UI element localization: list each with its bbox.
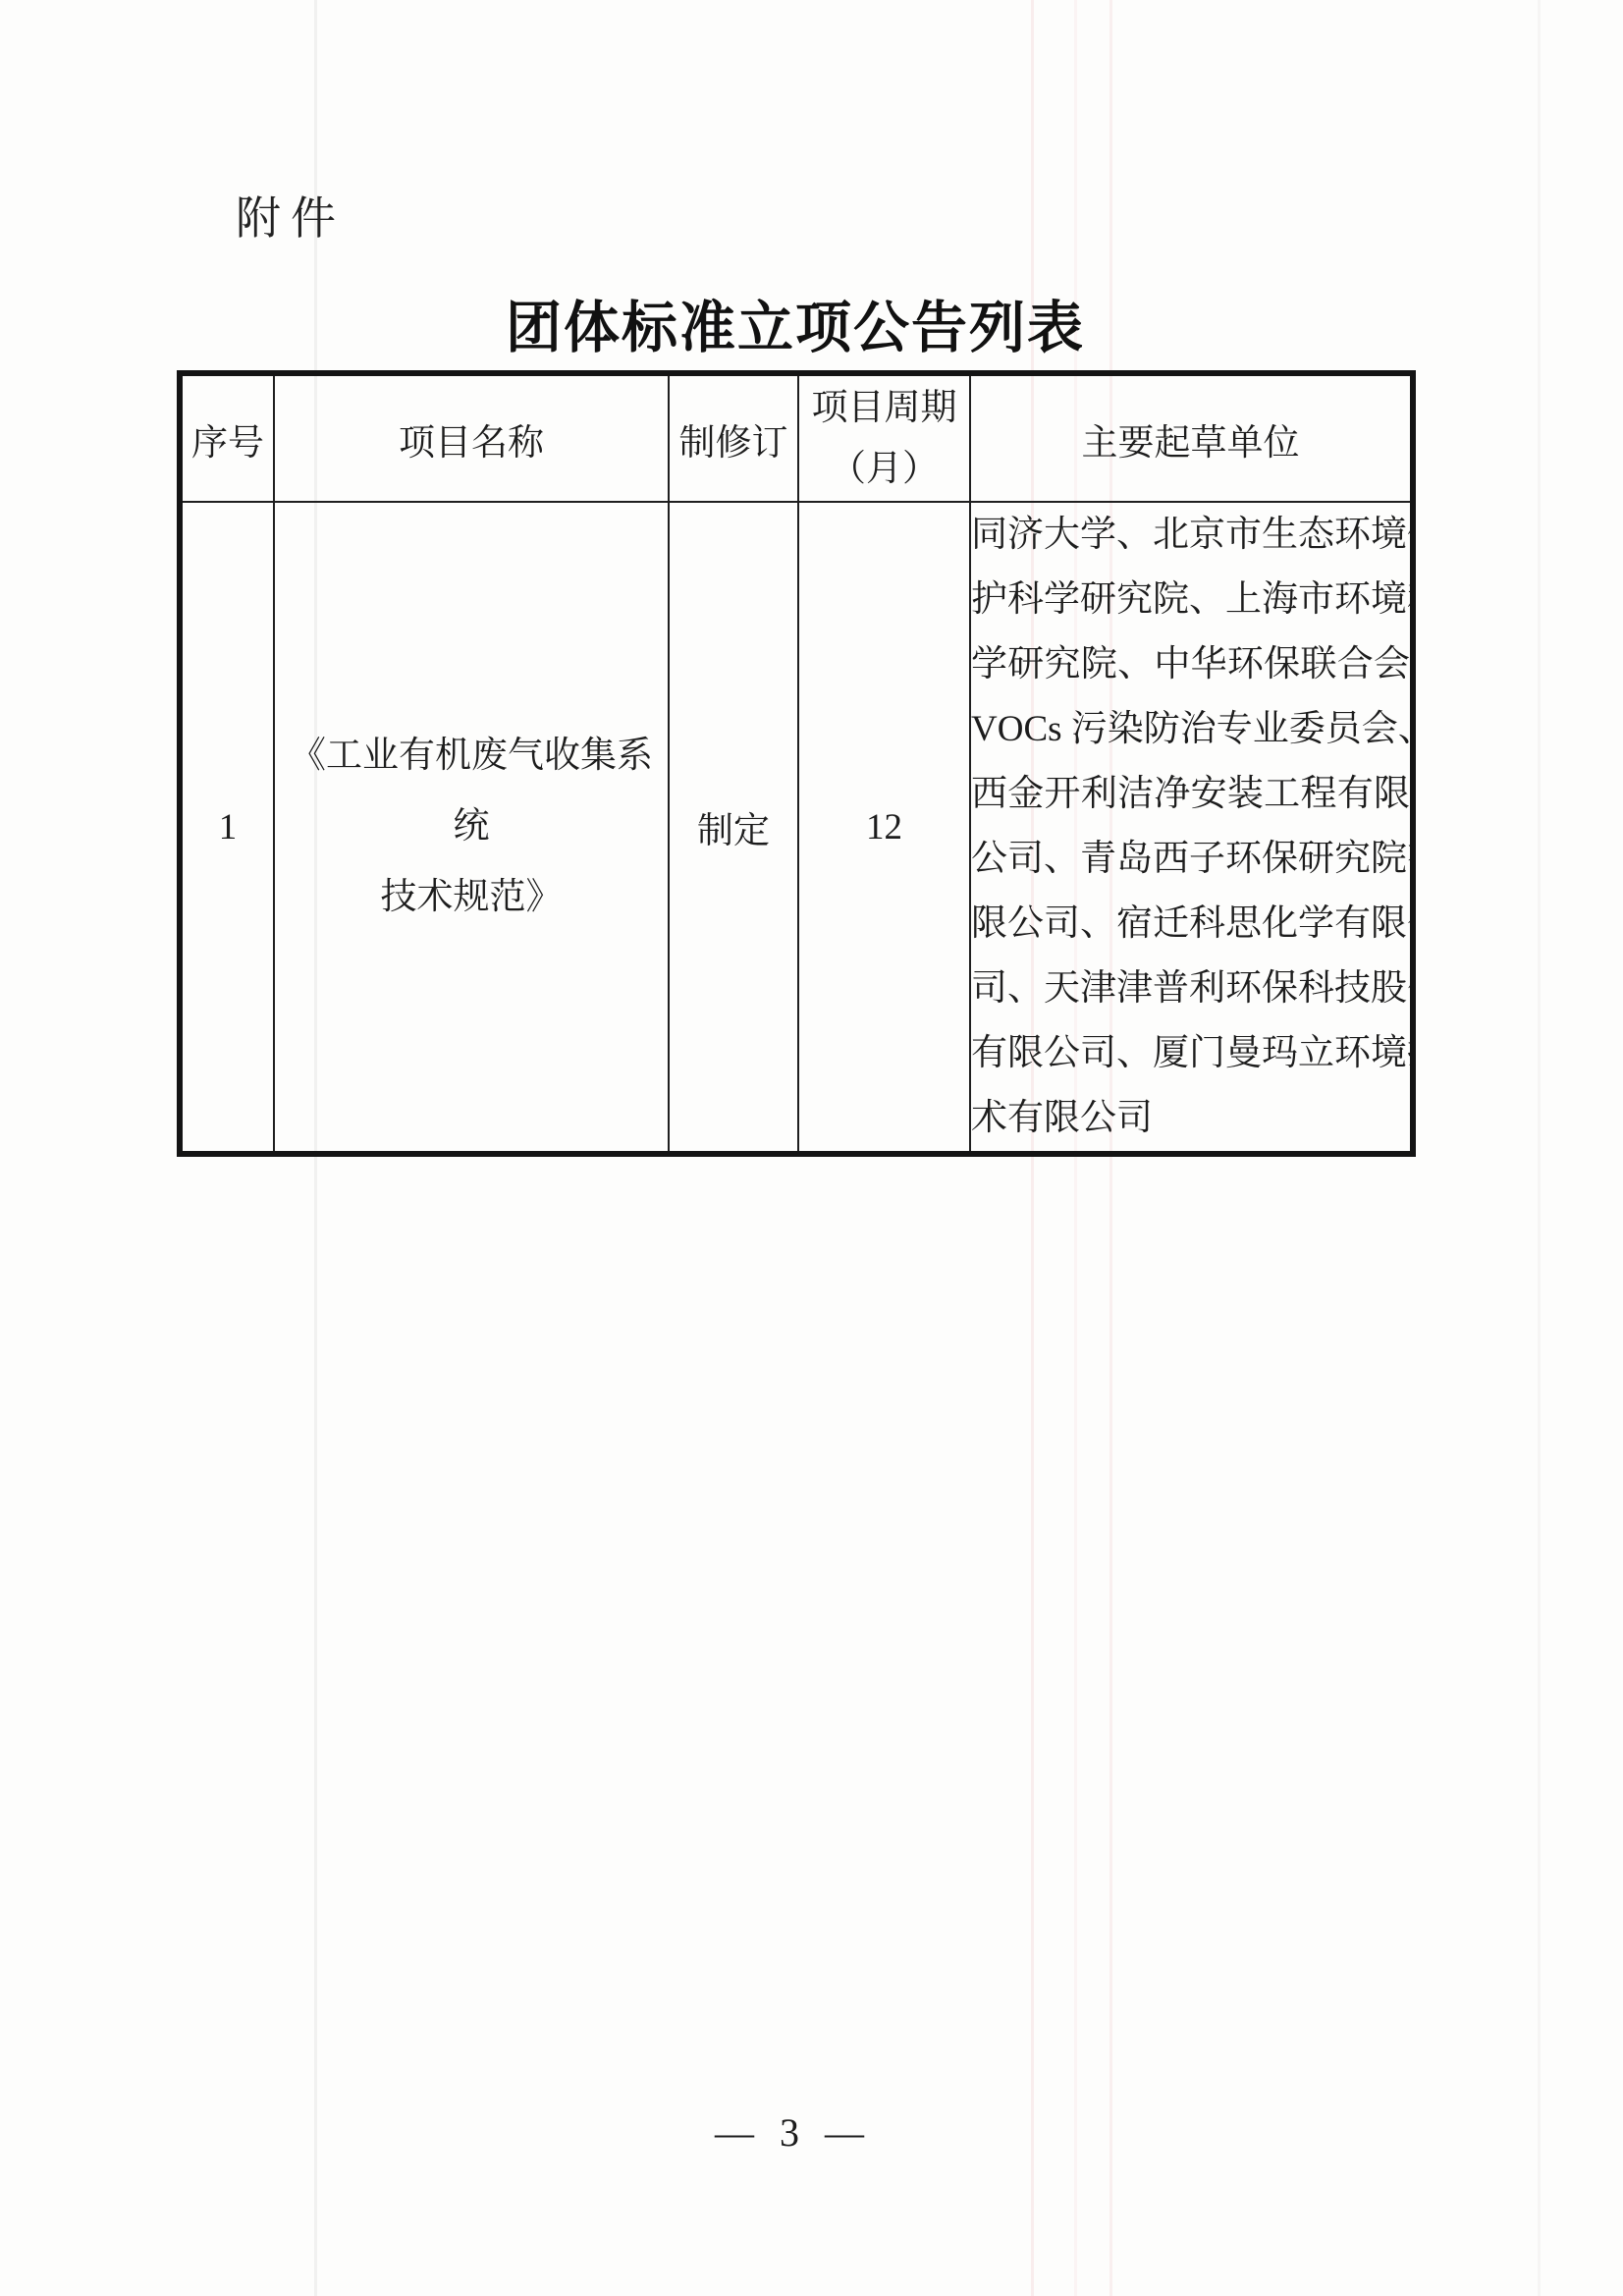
drafting-units-line: 术有限公司 bbox=[971, 1086, 1410, 1151]
project-name-line1: 《工业有机废气收集系统 bbox=[275, 721, 668, 862]
table-header-row: 序号 项目名称 制修订 项目周期 （月） 主要起草单位 bbox=[180, 373, 1413, 502]
drafting-units-line: 西金开利洁净安装工程有限 bbox=[971, 762, 1410, 827]
document-page: 附件 团体标准立项公告列表 序号 项目名称 制修订 项目周期 （月） 主要起草单… bbox=[0, 0, 1623, 2296]
drafting-units-line: 有限公司、厦门曼玛立环境技 bbox=[971, 1021, 1410, 1086]
col-header-revision: 制修订 bbox=[669, 373, 798, 502]
cell-period-months: 12 bbox=[798, 502, 970, 1154]
col-header-drafting-units: 主要起草单位 bbox=[970, 373, 1413, 502]
col-header-index: 序号 bbox=[180, 373, 274, 502]
drafting-units-line: 司、天津津普利环保科技股份 bbox=[971, 957, 1410, 1021]
drafting-units-line: 同济大学、北京市生态环境保 bbox=[971, 503, 1410, 568]
cell-drafting-units: 同济大学、北京市生态环境保 护科学研究院、上海市环境科 学研究院、中华环保联合会… bbox=[970, 502, 1413, 1154]
page-title: 团体标准立项公告列表 bbox=[506, 283, 1085, 363]
cell-project-name: 《工业有机废气收集系统 技术规范》 bbox=[274, 502, 669, 1154]
drafting-units-line: 护科学研究院、上海市环境科 bbox=[971, 568, 1410, 632]
drafting-units-line: 学研究院、中华环保联合会 bbox=[971, 632, 1410, 697]
page-number: — 3 — bbox=[715, 2109, 864, 2156]
col-header-period: 项目周期 （月） bbox=[798, 373, 970, 502]
table-row: 1 《工业有机废气收集系统 技术规范》 制定 12 同济大学、北京市生态环境保 … bbox=[180, 502, 1413, 1154]
drafting-units-line: 限公司、宿迁科思化学有限公 bbox=[971, 892, 1410, 957]
cell-index: 1 bbox=[180, 502, 274, 1154]
attachment-label: 附件 bbox=[236, 183, 346, 247]
col-header-project-name: 项目名称 bbox=[274, 373, 669, 502]
col-header-period-line1: 项目周期 bbox=[799, 378, 969, 439]
project-name-line2: 技术规范》 bbox=[275, 862, 668, 933]
scan-streak bbox=[1538, 0, 1541, 2296]
drafting-units-line: VOCs 污染防治专业委员会、陕 bbox=[971, 697, 1410, 762]
standards-table: 序号 项目名称 制修订 项目周期 （月） 主要起草单位 1 《工业有机废气收集系… bbox=[177, 370, 1416, 1157]
cell-revision-type: 制定 bbox=[669, 502, 798, 1154]
col-header-period-line2: （月） bbox=[799, 439, 969, 500]
drafting-units-line: 公司、青岛西子环保研究院有 bbox=[971, 827, 1410, 892]
